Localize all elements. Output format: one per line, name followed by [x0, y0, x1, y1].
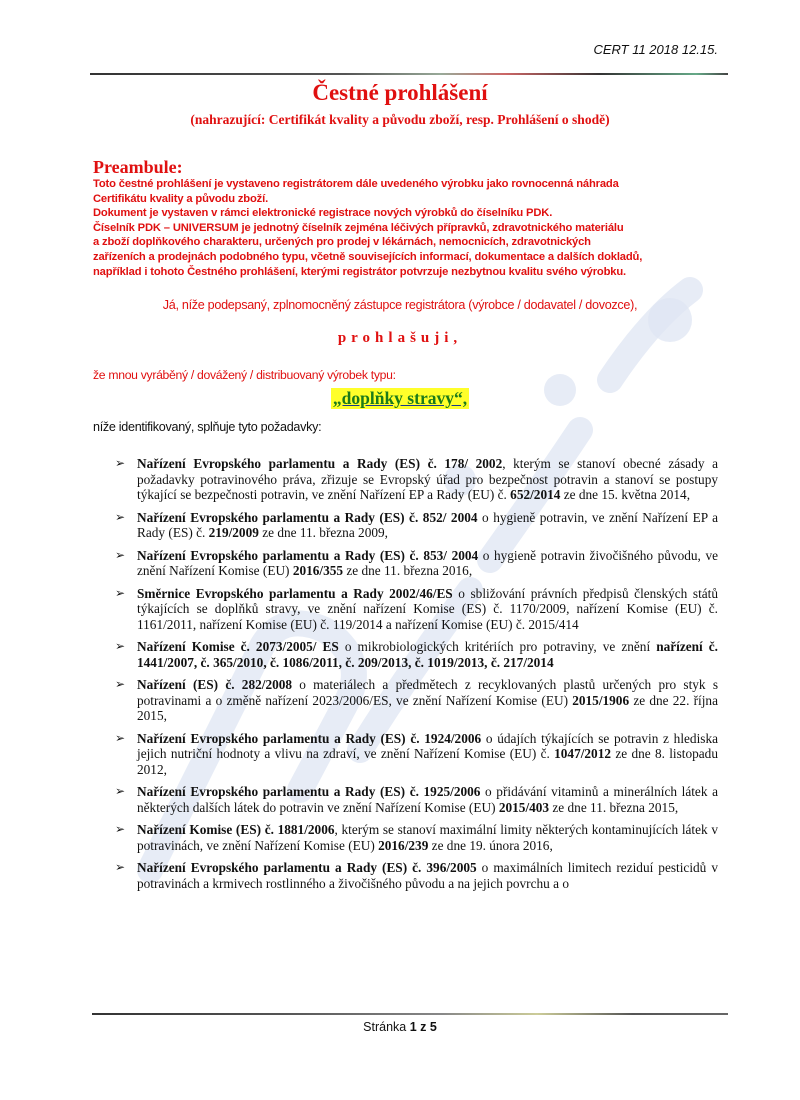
regulation-description: o mikrobiologických kritériích pro potra… — [339, 639, 656, 654]
amendment-date: ze dne 11. března 2015, — [549, 800, 678, 815]
requirement-item: ➢Směrnice Evropského parlamentu a Rady 2… — [113, 586, 718, 633]
page-separator: z — [420, 1020, 426, 1034]
preamble-section: Preambule: Toto čestné prohlášení je vys… — [93, 157, 713, 279]
declaration-word: prohlašuji, — [0, 330, 800, 347]
requirement-item: ➢Nařízení Evropského parlamentu a Rady (… — [113, 784, 718, 815]
preamble-line: a zboží doplňkového charakteru, určených… — [93, 235, 713, 250]
product-type-label: že mnou vyráběný / dovážený / distribuov… — [93, 368, 396, 382]
regulation-reference: Nařízení Evropského parlamentu a Rady (E… — [137, 731, 481, 746]
arrowhead-bullet-icon: ➢ — [115, 860, 125, 876]
requirement-item: ➢Nařízení Evropského parlamentu a Rady (… — [113, 456, 718, 503]
preamble-line: zařízeních a prodejnách podobného typu, … — [93, 250, 713, 265]
preamble-line: například i tohoto Čestného prohlášení, … — [93, 265, 713, 280]
amendment-date: ze dne 11. března 2009, — [259, 525, 388, 540]
regulation-reference: Nařízení (ES) č. 282/2008 — [137, 677, 292, 692]
requirement-item: ➢Nařízení Komise (ES) č. 1881/2006, kter… — [113, 822, 718, 853]
regulation-reference: Nařízení Evropského parlamentu a Rady (E… — [137, 784, 480, 799]
preamble-line: Číselník PDK – UNIVERSUM je jednotný čís… — [93, 221, 713, 236]
requirement-item: ➢Nařízení Evropského parlamentu a Rady (… — [113, 860, 718, 891]
regulation-reference: Směrnice Evropského parlamentu a Rady 20… — [137, 586, 453, 601]
preamble-line: Certifikátu kvality a původu zboží. — [93, 192, 713, 207]
requirement-item: ➢Nařízení Komise č. 2073/2005/ ES o mikr… — [113, 639, 718, 670]
arrowhead-bullet-icon: ➢ — [115, 784, 125, 800]
requirement-item: ➢Nařízení (ES) č. 282/2008 o materiálech… — [113, 677, 718, 724]
amendment-reference: 2015/1906 — [572, 693, 629, 708]
arrowhead-bullet-icon: ➢ — [115, 510, 125, 526]
preamble-line: Dokument je vystaven v rámci elektronick… — [93, 206, 713, 221]
amendment-reference: 2016/239 — [378, 838, 428, 853]
requirement-item: ➢Nařízení Evropského parlamentu a Rady (… — [113, 548, 718, 579]
arrowhead-bullet-icon: ➢ — [115, 639, 125, 655]
product-type-highlight: „doplňky stravy“, — [331, 388, 469, 409]
product-type-wrapper: „doplňky stravy“, — [0, 388, 800, 409]
page-current: 1 — [410, 1020, 417, 1034]
header-rule — [90, 73, 728, 75]
arrowhead-bullet-icon: ➢ — [115, 548, 125, 564]
amendment-reference: 2016/355 — [293, 563, 343, 578]
declarant-statement: Já, níže podepsaný, zplnomocněný zástupc… — [0, 298, 800, 312]
page-label: Stránka — [363, 1020, 406, 1034]
arrowhead-bullet-icon: ➢ — [115, 456, 125, 472]
footer-rule — [92, 1013, 728, 1015]
regulation-reference: Nařízení Komise č. 2073/2005/ ES — [137, 639, 339, 654]
amendment-date: ze dne 19. února 2016, — [428, 838, 552, 853]
document-title: Čestné prohlášení — [0, 80, 800, 106]
amendment-reference: 1047/2012 — [554, 746, 611, 761]
regulation-reference: Nařízení Evropského parlamentu a Rady (E… — [137, 548, 478, 563]
regulation-reference: Nařízení Evropského parlamentu a Rady (E… — [137, 510, 478, 525]
regulation-reference: Nařízení Evropského parlamentu a Rady (E… — [137, 860, 477, 875]
document-code: CERT 11 2018 12.15. — [593, 42, 718, 57]
document-page: CERT 11 2018 12.15. Čestné prohlášení (n… — [0, 0, 800, 1100]
amendment-reference: 219/2009 — [209, 525, 259, 540]
amendment-date: ze dne 11. března 2016, — [343, 563, 472, 578]
amendment-reference: 652/2014 — [510, 487, 560, 502]
regulation-reference: Nařízení Evropského parlamentu a Rady (E… — [137, 456, 502, 471]
page-number: Stránka 1 z 5 — [0, 1020, 800, 1034]
arrowhead-bullet-icon: ➢ — [115, 677, 125, 693]
arrowhead-bullet-icon: ➢ — [115, 731, 125, 747]
preamble-heading: Preambule: — [93, 157, 713, 177]
page-total: 5 — [430, 1020, 437, 1034]
regulation-reference: Nařízení Komise (ES) č. 1881/2006 — [137, 822, 335, 837]
arrowhead-bullet-icon: ➢ — [115, 822, 125, 838]
preamble-line: Toto čestné prohlášení je vystaveno regi… — [93, 177, 713, 192]
amendment-date: ze dne 15. května 2014, — [560, 487, 690, 502]
requirement-item: ➢Nařízení Evropského parlamentu a Rady (… — [113, 510, 718, 541]
document-subtitle: (nahrazující: Certifikát kvality a původ… — [0, 112, 800, 128]
arrowhead-bullet-icon: ➢ — [115, 586, 125, 602]
requirements-intro: níže identifikovaný, splňuje tyto požada… — [93, 420, 321, 434]
amendment-reference: 2015/403 — [499, 800, 549, 815]
requirements-list: ➢Nařízení Evropského parlamentu a Rady (… — [113, 456, 718, 898]
requirement-item: ➢Nařízení Evropského parlamentu a Rady (… — [113, 731, 718, 778]
